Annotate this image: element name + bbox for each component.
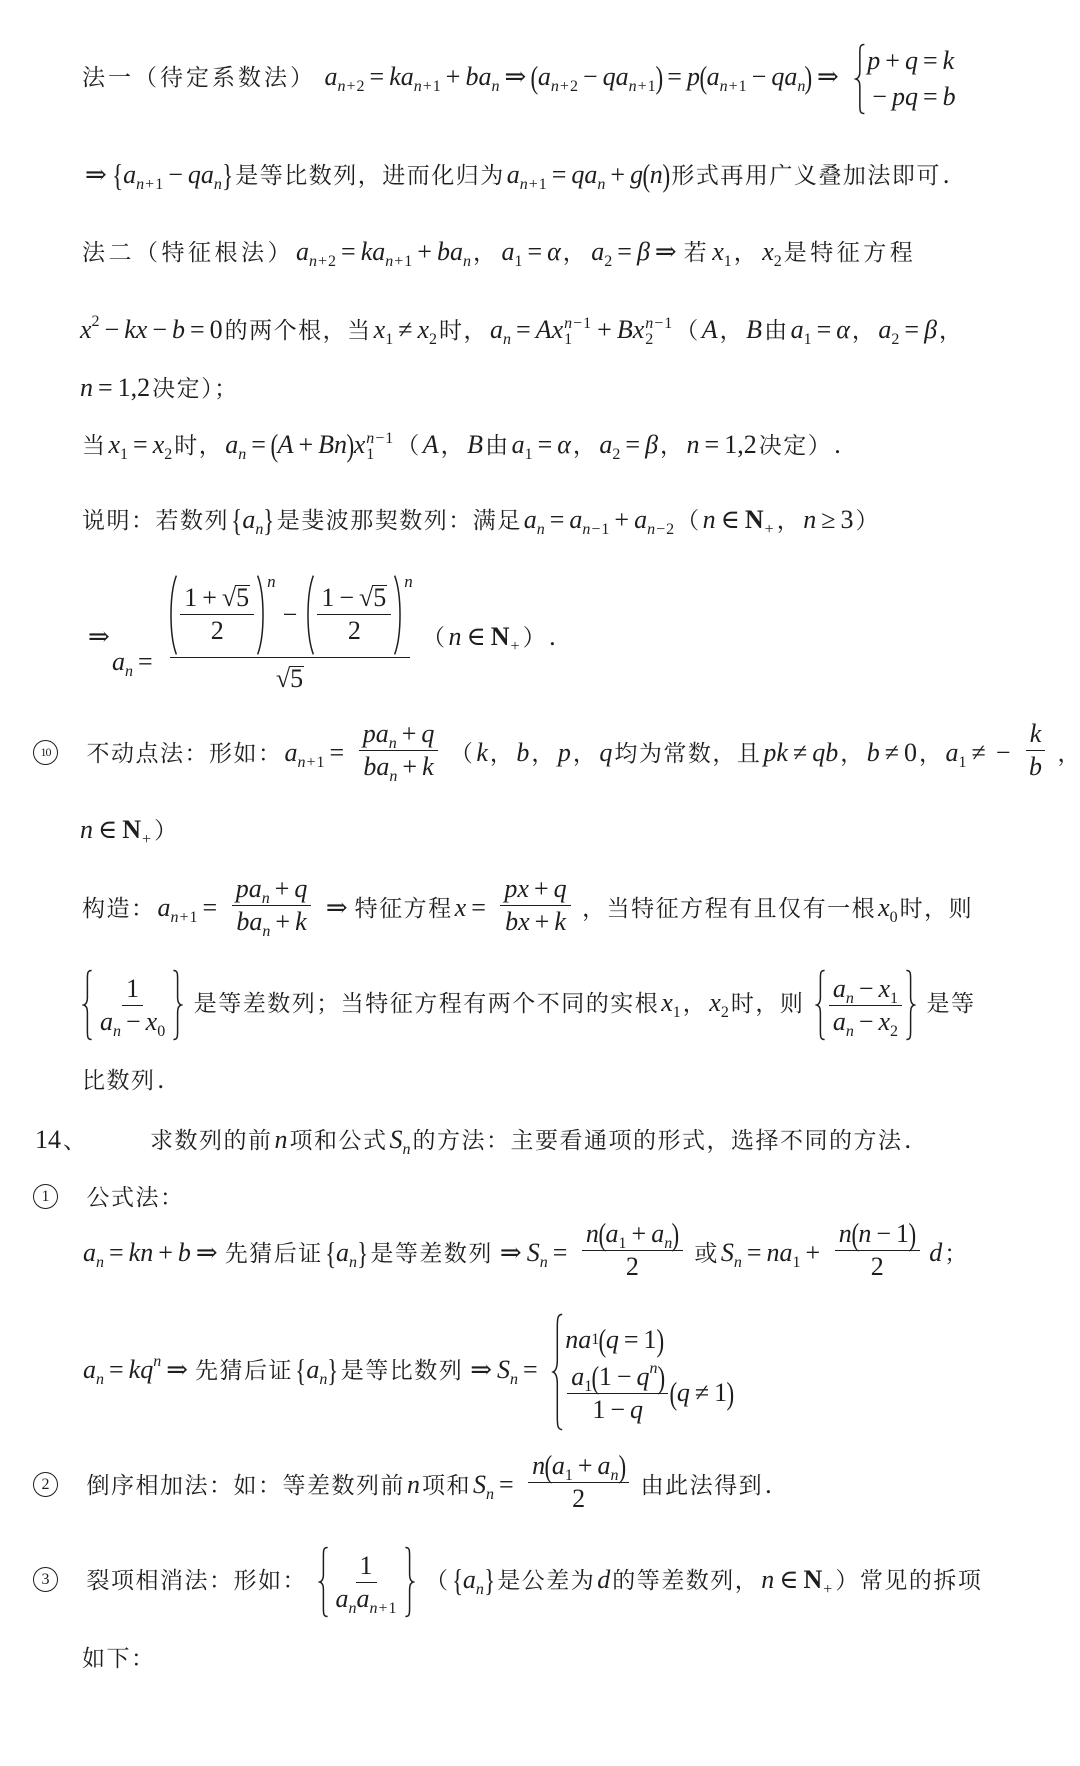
method-one-conclusion-line: ⇒{an+1−qan}是等比数列，进而化归为an+1=qan+g(n)形式再用广… xyxy=(80,160,949,190)
delimiter: ) xyxy=(657,1365,665,1389)
superscript: n−1 xyxy=(645,316,672,332)
fixed-point-line: 10 不动点法：形如：an+1= pan+q ban+k （k，b，p，q均为常… xyxy=(33,738,1080,768)
subscript: + xyxy=(764,521,775,538)
variable: qa xyxy=(188,160,214,189)
subscript: n+1 xyxy=(385,253,412,270)
variable: n xyxy=(262,923,270,940)
operator: = xyxy=(471,893,486,922)
reverse-add-fraction: n(a1+an) 2 xyxy=(528,1450,629,1515)
variable: qb xyxy=(812,738,838,767)
variable: n xyxy=(309,253,317,270)
text: 时， xyxy=(437,318,490,344)
fraction-denominator: 1−q xyxy=(588,1394,647,1426)
term-1-numerator: 1+√5 xyxy=(180,582,254,615)
text: 由 xyxy=(483,433,512,459)
variable: n xyxy=(275,1125,288,1154)
operator: = xyxy=(667,62,682,91)
variable: n xyxy=(532,1451,545,1480)
variable: a xyxy=(112,647,125,676)
variable: n xyxy=(611,1467,619,1484)
method-one-line: 法一（待定系数法） an+2=kan+1+ban⇒(an+2−qan+1)=p(… xyxy=(80,62,956,92)
variable: S xyxy=(473,1470,486,1499)
subscript: n xyxy=(537,521,545,538)
operator: = xyxy=(330,738,345,767)
term-2-numerator: 1−√5 xyxy=(317,582,391,615)
number-set-symbol: N xyxy=(804,1565,823,1594)
operator: + xyxy=(638,78,647,95)
variable: n xyxy=(510,1371,518,1388)
variable: β xyxy=(645,430,658,459)
variable: n xyxy=(645,315,653,332)
variable: n xyxy=(463,253,471,270)
variable: n xyxy=(298,754,306,771)
variable: n xyxy=(687,430,700,459)
subscript: 2 xyxy=(645,332,672,348)
variable: kn xyxy=(129,1238,154,1267)
circled-number-marker: 2 xyxy=(33,1472,58,1497)
characteristic-fraction: px+q bx+k xyxy=(500,873,570,938)
arithmetic-sum-end: d； xyxy=(929,1238,971,1267)
variable: a xyxy=(225,430,238,459)
operator: + xyxy=(402,719,417,748)
variable: n xyxy=(846,990,854,1007)
variable: n xyxy=(734,1254,742,1271)
delimiter: } xyxy=(328,1358,339,1382)
variable: n xyxy=(349,1254,357,1271)
delimiter: ) xyxy=(655,65,663,89)
variable: kq xyxy=(129,1355,154,1384)
telescoping-text: （{an}是公差为d的等差数列，n∈N+）常见的拆项 xyxy=(423,1565,984,1594)
variable: n xyxy=(503,331,511,348)
operator: = xyxy=(251,430,266,459)
fraction-denominator: anan+1 xyxy=(332,1583,401,1615)
case-q-equals-1: na1(q=1) xyxy=(565,1319,663,1361)
operator: + xyxy=(275,907,290,936)
variable: n xyxy=(96,1371,104,1388)
fraction-numerator: n(n−1) xyxy=(835,1218,920,1251)
text: 裂项相消法：形如： xyxy=(85,1568,310,1594)
distinct-roots-end-line: n=1,2决定）； xyxy=(80,373,241,403)
left-paren-icon xyxy=(167,574,178,656)
cases-rows: na1(q=1) a1(1−qn) 1−q (q≠1) xyxy=(565,1319,734,1426)
telescoping-end-line: 如下： xyxy=(80,1643,158,1673)
operator: + xyxy=(765,521,774,538)
geometric-text: 是等 xyxy=(925,988,978,1017)
variable: a xyxy=(336,1238,349,1267)
variable: n xyxy=(476,1581,484,1598)
variable: a xyxy=(325,62,338,91)
fraction-numerator: n(a1+an) xyxy=(528,1450,629,1483)
subscript: n xyxy=(491,78,499,95)
variable: a xyxy=(651,1219,664,1248)
variable: x xyxy=(80,315,92,344)
subscript: n+1 xyxy=(171,909,198,926)
delimiter: ) xyxy=(656,1328,664,1352)
text: 或 xyxy=(692,1241,721,1267)
operator: ∈ xyxy=(779,1565,798,1594)
operator: + xyxy=(275,874,290,903)
subscript: n xyxy=(476,1581,484,1598)
fraction-denominator: b xyxy=(1025,751,1046,783)
operator: ≠ xyxy=(793,738,807,767)
text: 公式法： xyxy=(85,1185,187,1211)
text: ， xyxy=(775,508,804,534)
variable: a xyxy=(242,505,255,534)
variable: a xyxy=(946,738,959,767)
operator: − xyxy=(168,160,183,189)
variable: S xyxy=(390,1125,403,1154)
subscript: n+1 xyxy=(520,176,547,193)
subscript: n xyxy=(113,1023,121,1040)
variable: α xyxy=(836,315,850,344)
text: ，当特征方程有且仅有一根 xyxy=(580,896,878,922)
subscript: n+2 xyxy=(309,253,336,270)
delimiter: ( xyxy=(545,1454,553,1478)
variable: n xyxy=(171,909,179,926)
variable: na xyxy=(767,1238,793,1267)
operator: = xyxy=(138,647,153,676)
square-root: √5 xyxy=(222,583,250,612)
subscript: 2 xyxy=(429,331,437,348)
text: 项和公式 xyxy=(288,1128,390,1154)
variable: n xyxy=(803,505,816,534)
subscript: n+1 xyxy=(136,176,163,193)
variable: n xyxy=(385,253,393,270)
variable: a xyxy=(123,160,136,189)
variable: a xyxy=(100,1007,113,1036)
operator: + xyxy=(394,253,403,270)
fraction-denominator: 2 xyxy=(568,1483,589,1515)
text: 决定） xyxy=(757,433,835,459)
text: ， xyxy=(838,741,867,767)
delimiter: ( xyxy=(531,65,539,89)
variable: x xyxy=(878,893,890,922)
variable: n xyxy=(629,78,637,95)
variable: ba xyxy=(236,907,262,936)
subscript: + xyxy=(510,638,521,655)
variable: B xyxy=(746,315,762,344)
variable: qa xyxy=(571,160,597,189)
distinct-roots-end-text: n=1,2决定）； xyxy=(80,373,241,402)
text: ） xyxy=(853,508,882,534)
variable: n xyxy=(540,1254,548,1271)
operator: = xyxy=(133,430,148,459)
fraction-numerator: pan+q xyxy=(359,718,439,751)
variable: x xyxy=(712,237,724,266)
variable: q xyxy=(421,719,434,748)
geometric-fraction: an−x1 an−x2 xyxy=(829,973,902,1038)
arithmetic-sequence-set: 1 an−x0 xyxy=(82,969,183,1041)
variable: p xyxy=(687,62,700,91)
operator: = xyxy=(552,160,567,189)
variable: n xyxy=(389,735,397,752)
variable: n xyxy=(597,176,605,193)
method-one-conclusion: ⇒{an+1−qan}是等比数列，进而化归为an+1=qan+g(n)形式再用广… xyxy=(80,160,949,189)
text: ， xyxy=(718,318,747,344)
operator: − xyxy=(126,1007,141,1036)
operator: − xyxy=(876,1219,891,1248)
text: 的两个根，当 xyxy=(223,318,374,344)
variable: ba xyxy=(437,237,463,266)
subscript: n xyxy=(262,923,270,940)
delimiter: } xyxy=(222,163,233,187)
variable: x xyxy=(417,315,429,344)
text: 均为常数，且 xyxy=(612,741,763,767)
operator: + xyxy=(180,909,189,926)
fibonacci-denominator: √5 xyxy=(276,658,304,700)
variable: n xyxy=(136,176,144,193)
variable: A xyxy=(702,315,718,344)
operator: + xyxy=(158,1238,173,1267)
variable: a xyxy=(507,160,520,189)
variable: n xyxy=(238,446,246,463)
subscript: n−1 xyxy=(582,521,609,538)
variable: p xyxy=(558,738,571,767)
operator: + xyxy=(423,78,432,95)
text: 的方法：主要看通项的形式，选择不同的方法 xyxy=(411,1128,905,1154)
operator: = xyxy=(109,1238,124,1267)
text: ， xyxy=(529,741,558,767)
superscript: n−1 xyxy=(564,316,591,332)
variable: px xyxy=(504,874,529,903)
subscript: n xyxy=(96,1254,104,1271)
operator: = xyxy=(370,62,385,91)
operator: + xyxy=(806,1238,821,1267)
variable: g xyxy=(630,160,643,189)
operator: = xyxy=(553,1238,568,1267)
variable: b xyxy=(516,738,529,767)
variable: b xyxy=(1029,752,1042,781)
text: 说明：若数列 xyxy=(80,508,231,534)
variable: pa xyxy=(236,874,262,903)
left-brace-icon xyxy=(318,1546,330,1618)
variable: n xyxy=(125,663,133,680)
operator: = xyxy=(203,893,218,922)
text: 时，则 xyxy=(729,991,807,1017)
subscript: 2 xyxy=(604,253,612,270)
variable: a xyxy=(490,315,503,344)
variable: n xyxy=(846,1023,854,1040)
text: ， xyxy=(937,318,966,344)
operator: ⇒ xyxy=(817,62,839,91)
operator: = xyxy=(624,1319,639,1361)
operator: = xyxy=(499,1470,514,1499)
variable: k xyxy=(422,752,434,781)
variable: n xyxy=(414,78,422,95)
equal-roots-line: 当x1=x2时，an=(A+Bn)xn−11（A，B由a1=α，a2=β，n=1… xyxy=(80,430,841,460)
delimiter: ( xyxy=(699,65,707,89)
text: 、 xyxy=(61,1128,90,1154)
delimiter: { xyxy=(452,1568,463,1592)
fraction-numerator: an−x1 xyxy=(829,973,902,1006)
text: 若 xyxy=(682,240,713,266)
reverse-add-end: 由此法得到. xyxy=(639,1470,772,1499)
text: 是等 xyxy=(925,991,978,1017)
variable: q xyxy=(599,738,612,767)
text: ； xyxy=(942,1241,971,1267)
geometric-sum-line: an=kqn⇒先猜后证{an}是等比数列⇒Sn= na1(q=1) a1(1−q… xyxy=(83,1355,734,1385)
fraction-denominator: ban+k xyxy=(359,751,437,783)
arithmetic-sum-line: an=kn+b⇒先猜后证{an}是等差数列⇒Sn= n(a1+an) 2 或Sn… xyxy=(83,1238,971,1268)
operator: − xyxy=(105,315,120,344)
subscript: 1 xyxy=(673,1004,681,1021)
geometric-text-end-line: 比数列. xyxy=(80,1065,164,1095)
operator: = xyxy=(617,237,632,266)
text: （ xyxy=(420,625,449,651)
variable: n xyxy=(262,890,270,907)
operator: + xyxy=(318,253,327,270)
variable: a xyxy=(571,1362,584,1391)
variable: n xyxy=(407,1470,420,1499)
variable: a xyxy=(591,237,604,266)
text: 是特征方程 xyxy=(782,240,919,266)
subscript: 2 xyxy=(891,331,899,348)
subscript: 1 xyxy=(120,446,128,463)
delimiter: ) xyxy=(662,163,670,187)
left-brace-icon xyxy=(815,969,827,1041)
variable: a xyxy=(158,893,171,922)
text: 构造： xyxy=(80,896,158,922)
text: 如下： xyxy=(80,1646,158,1672)
subscript: n xyxy=(734,1254,742,1271)
term-1-denominator: 2 xyxy=(207,615,228,647)
operator: = xyxy=(98,373,113,402)
text: 是等差数列；当特征方程有两个不同的实根 xyxy=(192,991,662,1017)
method-one-label: 法一（待定系数法） xyxy=(80,62,318,91)
variable: d xyxy=(597,1565,610,1594)
fibonacci-lhs: an= xyxy=(112,647,158,677)
delimiter: ) xyxy=(347,433,355,457)
method-two-intro: 法二（特征根法）an+2=kan+1+ban，a1=α，a2=β⇒若x1，x2是… xyxy=(80,237,918,266)
variable: x xyxy=(762,237,774,266)
text: 是等比数列 xyxy=(339,1358,466,1384)
delimiter: ( xyxy=(598,1222,606,1246)
text: 当 xyxy=(80,433,109,459)
text: 求数列的前 xyxy=(148,1128,275,1154)
section-title: 求数列的前n项和公式Sn的方法：主要看通项的形式，选择不同的方法. xyxy=(148,1125,911,1154)
operator: + xyxy=(446,62,461,91)
text: ， xyxy=(571,433,600,459)
fibonacci-arrow: ⇒ xyxy=(83,622,115,652)
operator: ∈ xyxy=(721,505,740,534)
variable: a xyxy=(707,62,720,91)
variable: n xyxy=(720,78,728,95)
arithmetic-sum-text: an=kn+b⇒先猜后证{an}是等差数列⇒Sn= xyxy=(83,1238,572,1267)
variable: n xyxy=(96,1254,104,1271)
text: ， xyxy=(488,741,517,767)
variable: kx xyxy=(124,315,147,344)
subscript: n xyxy=(510,1371,518,1388)
sub-superscript: n−11 xyxy=(366,431,393,463)
variable: n xyxy=(349,1600,357,1617)
operator: ⇒ xyxy=(655,237,677,266)
operator: ∈ xyxy=(467,622,486,651)
operator: = xyxy=(705,430,720,459)
operator: = xyxy=(538,430,553,459)
construct-fraction: pan+q ban+k xyxy=(232,873,312,938)
radicand: 5 xyxy=(372,585,387,610)
recurrence-fraction: pan+q ban+k xyxy=(359,718,439,783)
subscript: n xyxy=(349,1600,357,1617)
text: 项和 xyxy=(420,1473,473,1499)
delimiter: ( xyxy=(851,1222,859,1246)
variable: pq xyxy=(892,79,918,115)
geometric-sum-text: an=kqn⇒先猜后证{an}是等比数列⇒Sn= xyxy=(83,1355,543,1384)
text: ， xyxy=(681,991,710,1017)
operator: = xyxy=(516,315,531,344)
fraction-numerator: a1(1−qn) xyxy=(567,1361,668,1394)
number-set-symbol: N xyxy=(491,622,510,651)
delimiter: { xyxy=(112,163,123,187)
text: （ xyxy=(394,433,423,459)
fibonacci-term-2: 1−√5 2 n xyxy=(304,574,412,656)
variable: n xyxy=(761,1565,774,1594)
reverse-add-line: 2 倒序相加法：如：等差数列前n项和Sn= n(a1+an) 2 由此法得到. xyxy=(33,1470,772,1500)
delimiter: ) xyxy=(805,65,813,89)
two-roots-text: 是等差数列；当特征方程有两个不同的实根x1，x2时，则 xyxy=(192,988,807,1017)
operator: + xyxy=(534,874,549,903)
text: 先猜后证 xyxy=(193,1358,295,1384)
subscript: 2 xyxy=(612,446,620,463)
superscript: n−1 xyxy=(366,431,393,447)
equal-roots-text: 当x1=x2时，an=(A+Bn)xn−11（A，B由a1=α，a2=β，n=1… xyxy=(80,430,841,459)
variable: qa xyxy=(603,62,629,91)
operator: + xyxy=(142,831,151,848)
variable: x xyxy=(709,988,721,1017)
variable: a xyxy=(512,430,525,459)
arithmetic-sum-fraction: n(a1+an) 2 xyxy=(582,1218,683,1283)
subscript: 1 xyxy=(525,446,533,463)
text: 特征方程 xyxy=(353,896,455,922)
variable: q xyxy=(294,874,307,903)
subscript: 1 xyxy=(565,1467,573,1484)
circled-number-marker: 3 xyxy=(33,1567,58,1592)
geometric-sum-fraction: a1(1−qn) 1−q xyxy=(567,1361,668,1426)
variable: Bn xyxy=(318,430,347,459)
variable: x xyxy=(374,315,386,344)
subscript: 1 xyxy=(793,1254,801,1271)
operator: − xyxy=(859,974,874,1003)
variable: a xyxy=(336,1584,349,1613)
fibonacci-domain: （n∈N+）. xyxy=(420,622,556,652)
operator: + xyxy=(535,907,550,936)
subscript: n+2 xyxy=(338,78,365,95)
fibonacci-term-1: 1+√5 2 n xyxy=(167,574,275,656)
superscript: n xyxy=(650,1360,658,1377)
delimiter: ) xyxy=(727,1381,735,1405)
construct-label: 构造：an+1= xyxy=(80,893,222,922)
operator: − xyxy=(617,1362,632,1391)
variable: a xyxy=(569,505,582,534)
subscript: n xyxy=(262,890,270,907)
text: ， xyxy=(471,240,502,266)
operator: = xyxy=(109,1355,124,1384)
variable: q xyxy=(905,43,918,79)
subscript: n xyxy=(96,1371,104,1388)
construct-line: 构造：an+1= pan+q ban+k ⇒特征方程x= px+q bx+k ，… xyxy=(80,893,975,923)
distinct-roots-text: x2−kx−b=0的两个根，当x1≠x2时，an=Axn−11+Bxn−12（A… xyxy=(80,315,966,344)
text: 法二（特征根法） xyxy=(80,240,296,266)
subscript: n xyxy=(349,1254,357,1271)
operator: = xyxy=(923,43,938,79)
text: ， xyxy=(917,741,946,767)
variable: n xyxy=(703,505,716,534)
fraction-denominator: ban+k xyxy=(232,906,310,938)
fibonacci-note-line: 说明：若数列{an}是斐波那契数列：满足an=an−1+an−2（n∈N+，n≥… xyxy=(80,505,882,535)
subscript: 2 xyxy=(721,1004,729,1021)
subscript: n xyxy=(846,1023,854,1040)
fibonacci-fraction: 1+√5 2 n − 1−√5 2 n √5 xyxy=(170,572,410,700)
